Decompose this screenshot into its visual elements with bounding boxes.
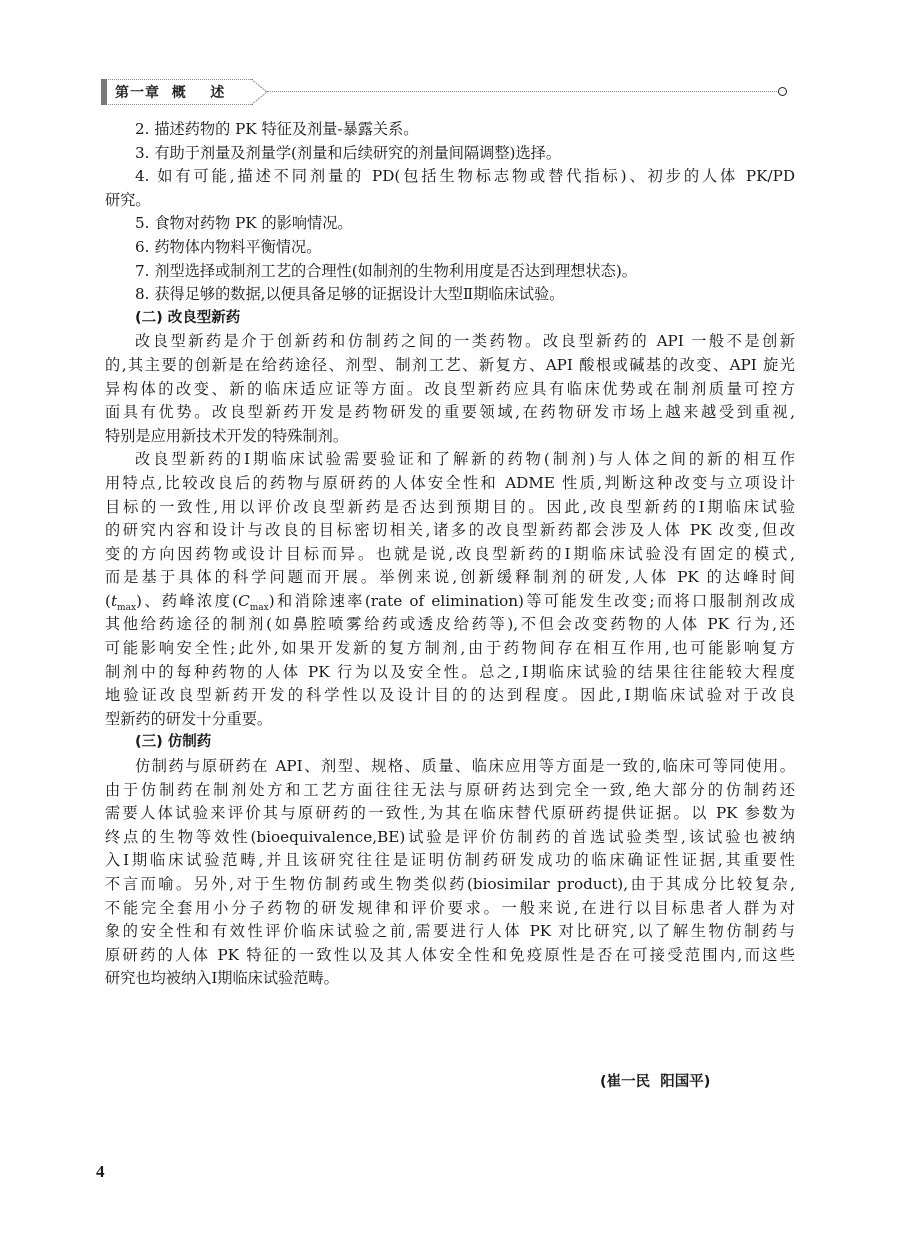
paragraph-line: 研究也均被纳入Ⅰ期临床试验范畴。	[105, 967, 795, 991]
list-item: 3. 有助于剂量及剂量学(剂量和后续研究的剂量间隔调整)选择。	[105, 142, 795, 166]
paragraph-line: 的,其主要的创新是在给药途径、剂型、制剂工艺、新复方、API 酸根或碱基的改变、…	[105, 354, 795, 378]
running-header: 第一章 概 述	[101, 79, 787, 105]
section-heading-improved-drugs: (二) 改良型新药	[105, 307, 795, 331]
paragraph-line: 入Ⅰ期临床试验范畴,并且该研究往往是证明仿制药研发成功的临床确证性证据,其重要性	[105, 849, 795, 873]
list-item: 4. 如有可能,描述不同剂量的 PD(包括生物标志物或替代指标)、初步的人体 P…	[105, 165, 795, 189]
paragraph-line: 需要人体试验来评价其与原研药的一致性,为其在临床替代原研药提供证据。以 PK 参…	[105, 802, 795, 826]
paragraph-line: 型新药的研发十分重要。	[105, 708, 795, 732]
paragraph-line: 而是基于具体的科学问题而开展。举例来说,创新缓释制剂的研发,人体 PK 的达峰时…	[105, 566, 795, 590]
section-heading-generic-drugs: (三) 仿制药	[105, 731, 795, 755]
list-item: 8. 获得足够的数据,以便具备足够的证据设计大型Ⅱ期临床试验。	[105, 283, 795, 307]
chapter-title: 第一章 概 述	[115, 82, 225, 102]
paragraph-line: 改良型新药是介于创新药和仿制药之间的一类药物。改良型新药的 API 一般不是创新	[105, 330, 795, 354]
paragraph-line: 象的安全性和有效性评价临床试验之前,需要进行人体 PK 对比研究,以了解生物仿制…	[105, 920, 795, 944]
list-item: 2. 描述药物的 PK 特征及剂量-暴露关系。	[105, 118, 795, 142]
paragraph-line: 制剂中的每种药物的人体 PK 行为以及安全性。总之,Ⅰ期临床试验的结果往往能较大…	[105, 661, 795, 685]
list-item: 5. 食物对药物 PK 的影响情况。	[105, 212, 795, 236]
paragraph-line: 不能完全套用小分子药物的研发规律和评价要求。一般来说,在进行以目标患者人群为对	[105, 897, 795, 921]
chapter-tab: 第一章 概 述	[101, 79, 253, 105]
paragraph-line: 可能影响安全性;此外,如果开发新的复方制剂,由于药物间存在相互作用,也可能影响复…	[105, 637, 795, 661]
paragraph-line: 的研究内容和设计与改良的目标密切相关,诸多的改良型新药都会涉及人体 PK 改变,…	[105, 519, 795, 543]
paragraph-line: 面具有优势。改良型新药开发是药物研发的重要领域,在药物研发市场上越来越受到重视,	[105, 401, 795, 425]
paragraph-line: 原研药的人体 PK 特征的一致性以及其人体安全性和免疫原性是否在可接受范围内,而…	[105, 944, 795, 968]
tab-bar-decoration	[101, 79, 107, 105]
paragraph-line: 其他给药途径的制剂(如鼻腔喷雾给药或透皮给药等),不但会改变药物的人体 PK 行…	[105, 613, 795, 637]
page-number: 4	[96, 1162, 105, 1182]
author-credit: (崔一民 阳国平)	[600, 1070, 710, 1091]
text: )和消除速率(rate of elimination)等可能发生改变;而将口服制…	[269, 592, 795, 610]
header-dotted-rule	[267, 91, 777, 92]
list-item: 7. 剂型选择或制剂工艺的合理性(如制剂的生物利用度是否达到理想状态)。	[105, 260, 795, 284]
paragraph-line: 地验证改良型新药开发的科学性以及设计目的的达到程度。因此,Ⅰ期临床试验对于改良	[105, 684, 795, 708]
paragraph-line: 用特点,比较改良后的药物与原研药的人体安全性和 ADME 性质,判断这种改变与立…	[105, 472, 795, 496]
paragraph-line: 改良型新药的Ⅰ期临床试验需要验证和了解新的药物(制剂)与人体之间的新的相互作	[105, 448, 795, 472]
paragraph-line: 特别是应用新技术开发的特殊制剂。	[105, 425, 795, 449]
text: )、药峰浓度(	[136, 592, 238, 610]
paragraph-line: 变的方向因药物或设计目标而异。也就是说,改良型新药的Ⅰ期临床试验没有固定的模式,	[105, 543, 795, 567]
paragraph-line: 由于仿制药在制剂处方和工艺方面往往无法与原研药达到完全一致,绝大部分的仿制药还	[105, 779, 795, 803]
paragraph-line: 不言而喻。另外,对于生物仿制药或生物类似药(biosimilar product…	[105, 873, 795, 897]
list-item-continuation: 研究。	[105, 189, 795, 213]
subscript: max	[250, 603, 269, 613]
paragraph-line: 异构体的改变、新的临床适应证等方面。改良型新药应具有临床优势或在制剂质量可控方	[105, 378, 795, 402]
circle-icon	[778, 87, 787, 96]
page-body: 2. 描述药物的 PK 特征及剂量-暴露关系。 3. 有助于剂量及剂量学(剂量和…	[105, 118, 795, 991]
subscript: max	[117, 603, 136, 613]
symbol-c: C	[238, 592, 250, 610]
paragraph-line: 目标的一致性,用以评价改良型新药是否达到预期目的。因此,改良型新药的Ⅰ期临床试验	[105, 496, 795, 520]
list-item: 6. 药物体内物料平衡情况。	[105, 236, 795, 260]
paragraph-line: 仿制药与原研药在 API、剂型、规格、质量、临床应用等方面是一致的,临床可等同使…	[105, 755, 795, 779]
paragraph-line: 终点的生物等效性(bioequivalence,BE)试验是评价仿制药的首选试验…	[105, 826, 795, 850]
paragraph-line-tmax: (tmax)、药峰浓度(Cmax)和消除速率(rate of eliminati…	[105, 590, 795, 614]
